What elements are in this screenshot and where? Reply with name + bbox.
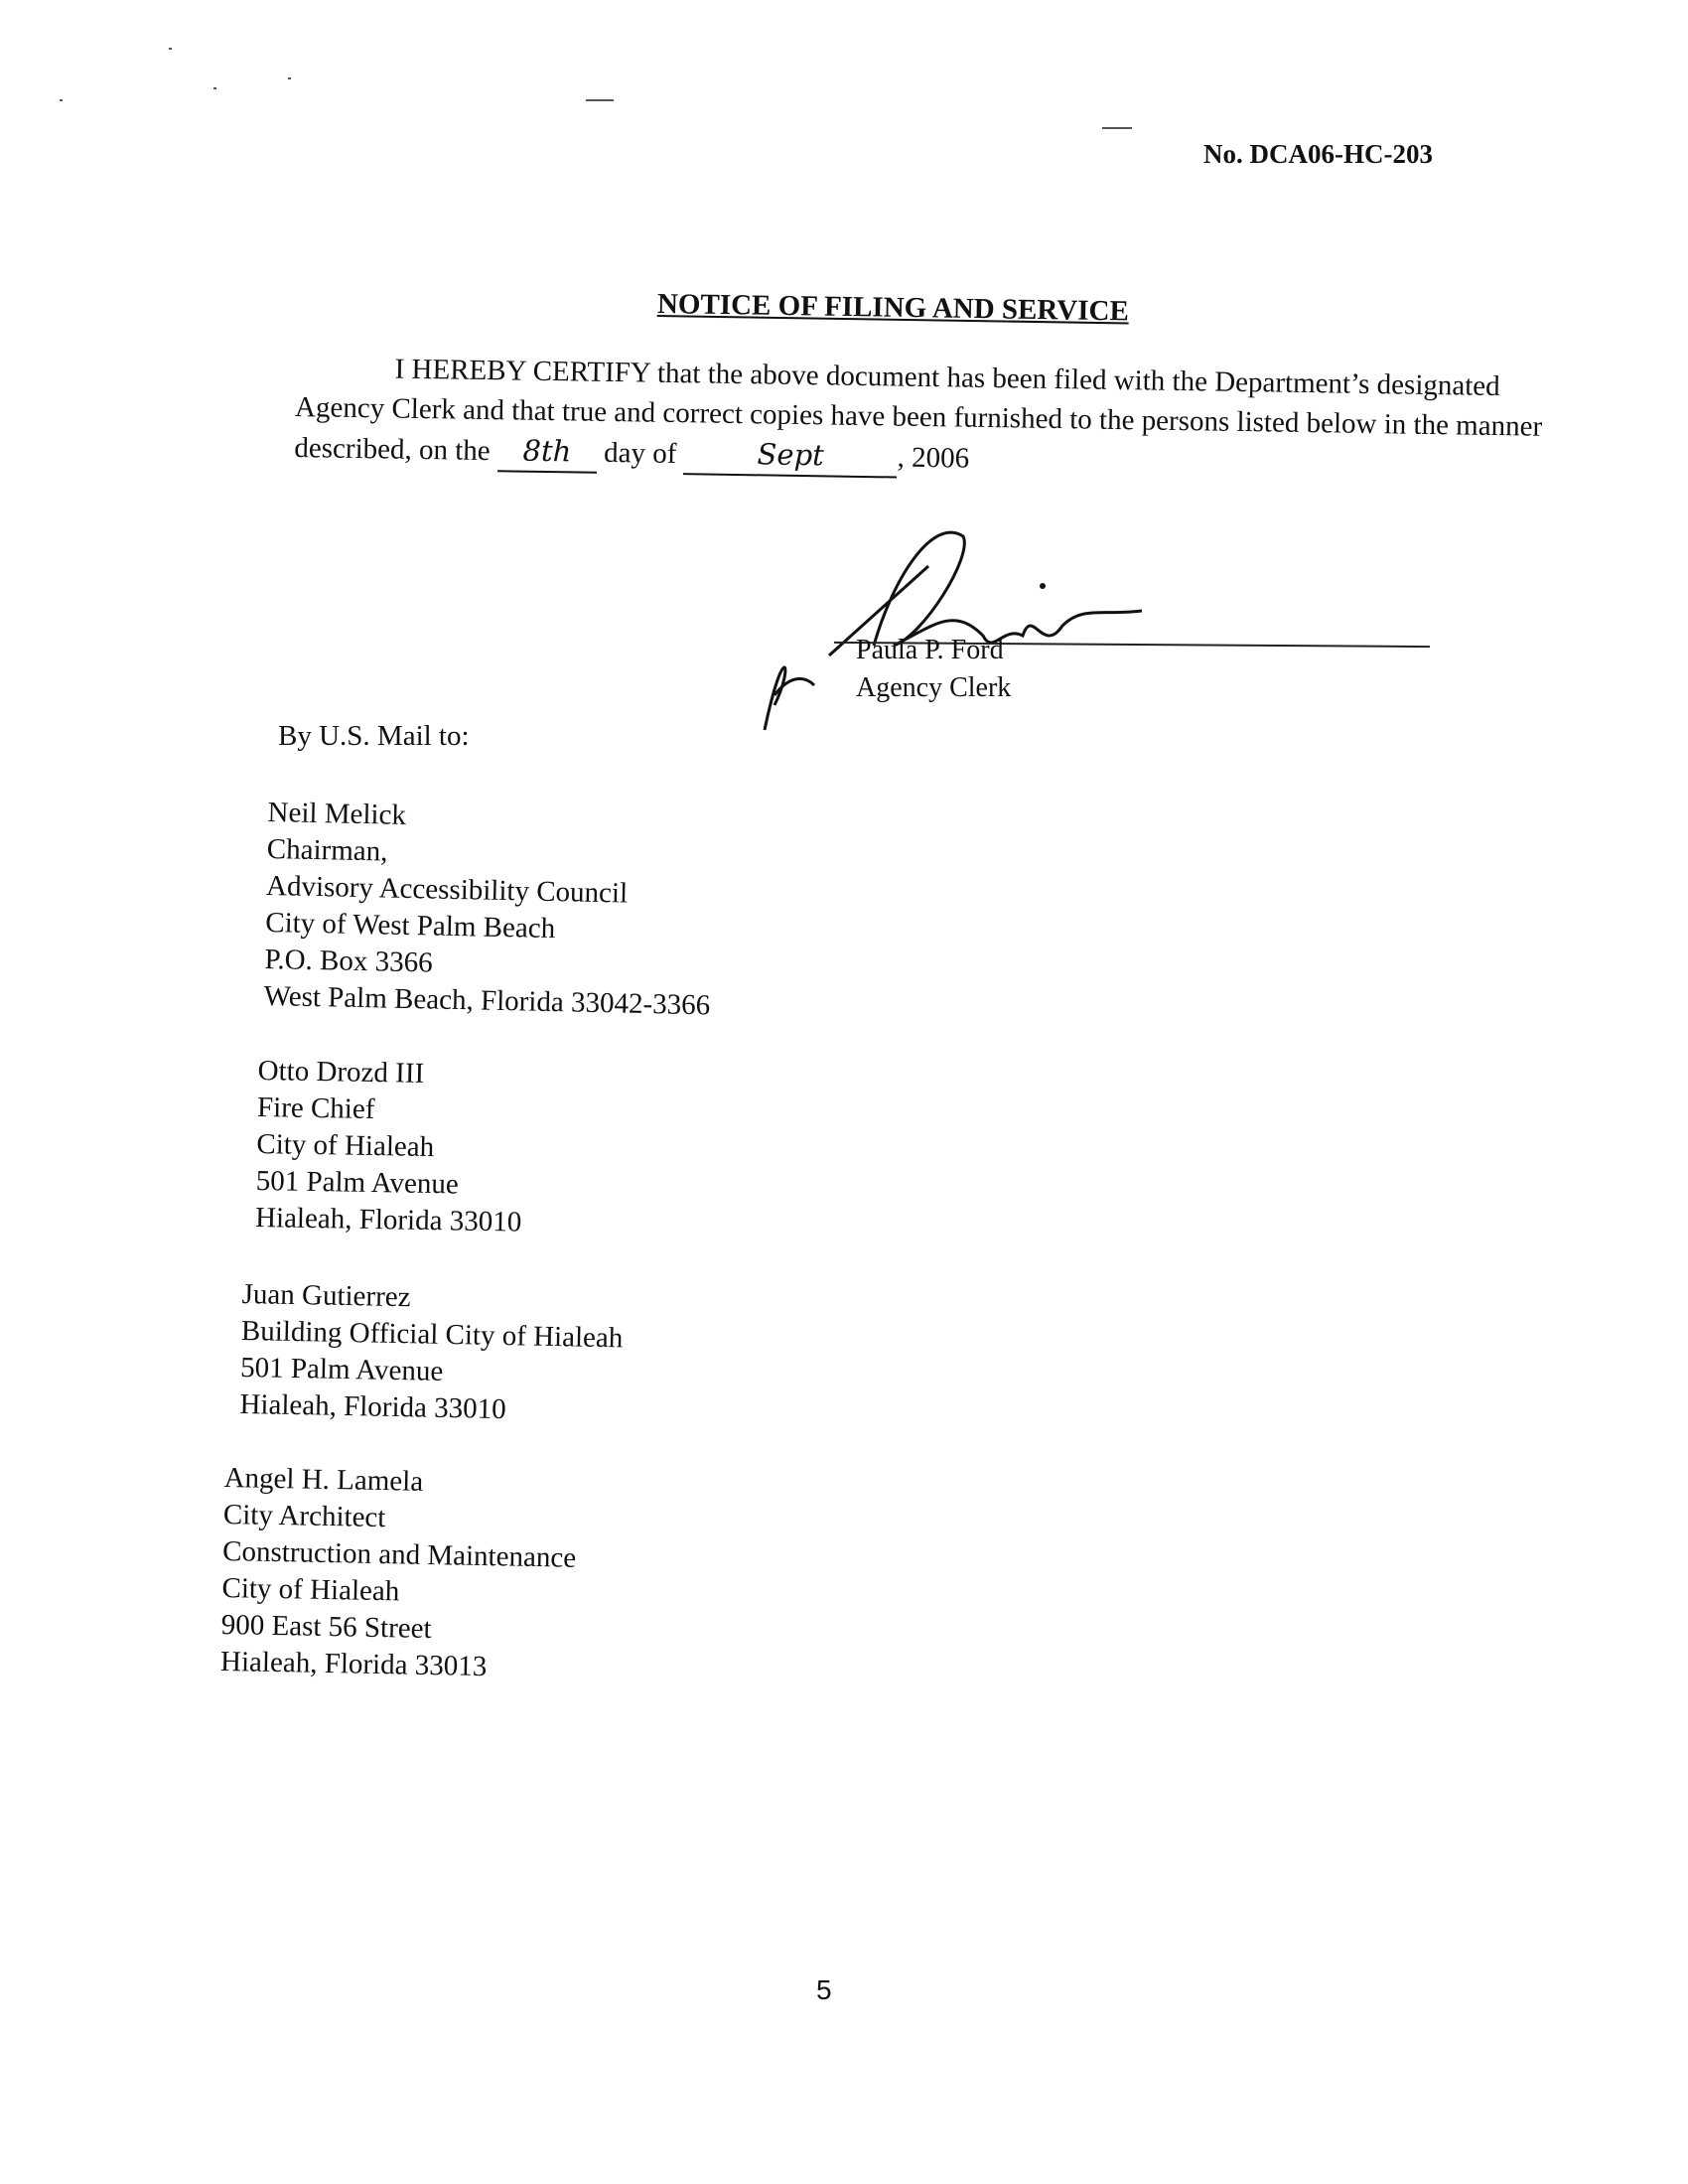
day-field: 8th (497, 430, 598, 474)
recipient-address: Juan Gutierrez Building Official City of… (239, 1276, 624, 1430)
recipient-address: Neil Melick Chairman, Advisory Accessibi… (263, 795, 714, 1024)
document-number: No. DCA06-HC-203 (1203, 139, 1433, 170)
page-number: 5 (816, 1974, 832, 2006)
recipient-address: Otto Drozd III Fire Chief City of Hialea… (255, 1053, 524, 1241)
scan-speck (288, 77, 291, 79)
recipient-address: Angel H. Lamela City Architect Construct… (220, 1460, 578, 1687)
scan-speck (169, 48, 172, 50)
certify-lead: I HEREBY CERTIFY (394, 354, 650, 389)
scan-speck (1102, 127, 1132, 129)
scan-speck (213, 87, 216, 89)
certification-paragraph: I HEREBY CERTIFY that the above document… (294, 348, 1547, 489)
signatory: Paula P. Ford Agency Clerk (856, 632, 1011, 707)
document-title: NOTICE OF FILING AND SERVICE (657, 288, 1129, 328)
service-method: By U.S. Mail to: (278, 720, 470, 753)
signatory-title: Agency Clerk (856, 669, 1011, 707)
signatory-name: Paula P. Ford (856, 632, 1011, 669)
scan-speck (586, 99, 614, 101)
month-field: Sept (683, 433, 898, 478)
scan-speck (60, 99, 63, 101)
